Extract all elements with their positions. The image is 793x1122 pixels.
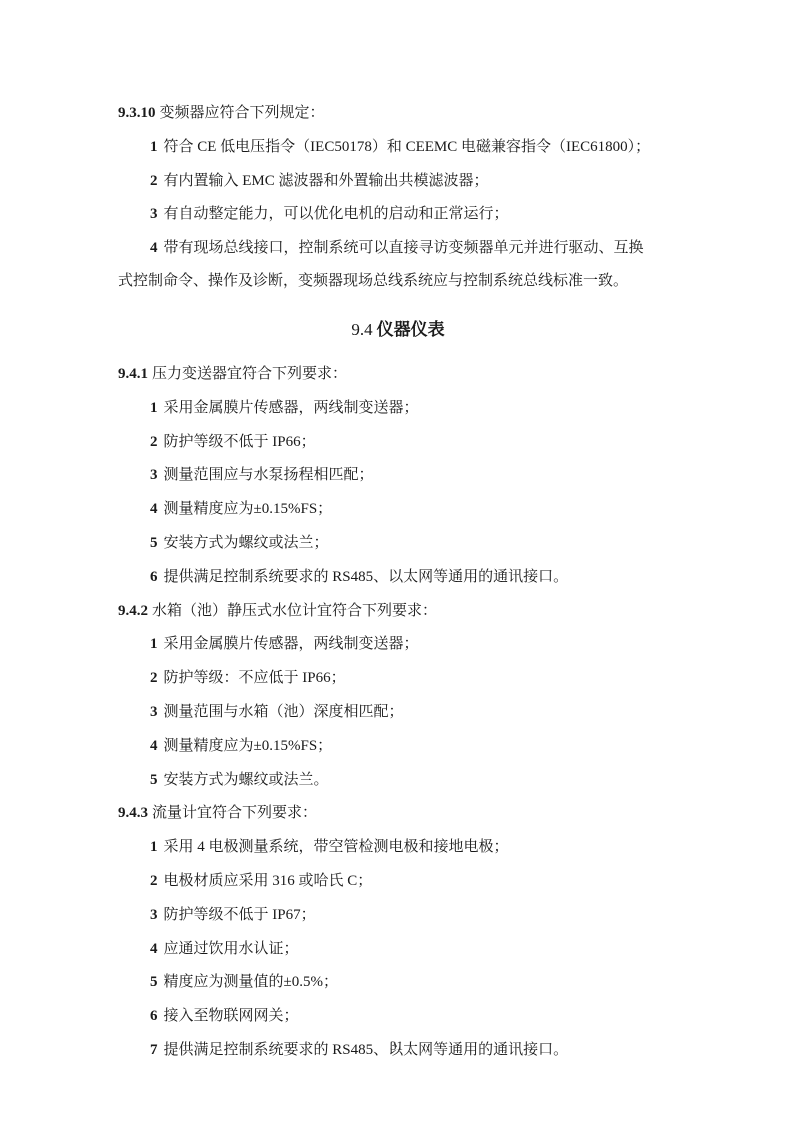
item-text: 防护等级：不应低于 IP66；: [164, 670, 346, 686]
clause-title: 流量计宜符合下列要求：: [152, 805, 317, 821]
clause-9-4-3: 9.4.3流量计宜符合下列要求：: [118, 797, 678, 831]
item-number: 3: [150, 467, 158, 483]
item-number: 2: [150, 873, 158, 889]
list-item-continuation: 式控制命令、操作及诊断，变频器现场总线系统应与控制系统总线标准一致。: [118, 266, 678, 296]
item-number: 2: [150, 670, 158, 686]
item-number: 4: [150, 501, 158, 517]
list-item: 2防护等级不低于 IP66；: [118, 426, 678, 460]
item-text: 有内置输入 EMC 滤波器和外置输出共模滤波器；: [164, 173, 489, 189]
item-text: 测量精度应为±0.15%FS；: [164, 501, 333, 517]
list-item: 1采用金属膜片传感器，两线制变送器；: [118, 628, 678, 662]
item-number: 5: [150, 535, 158, 551]
item-text: 采用 4 电极测量系统，带空管检测电极和接地电极；: [164, 839, 509, 855]
item-number: 4: [150, 738, 158, 754]
clause-number: 9.4.3: [118, 805, 148, 821]
item-number: 6: [150, 569, 158, 585]
list-item: 5安装方式为螺纹或法兰。: [118, 764, 678, 798]
item-text: 带有现场总线接口，控制系统可以直接寻访变频器单元并进行驱动、互换: [164, 240, 644, 256]
list-item: 5精度应为测量值的±0.5%；: [118, 966, 678, 1000]
list-item: 3测量范围应与水泵扬程相匹配；: [118, 459, 678, 493]
list-item: 6提供满足控制系统要求的 RS485、以太网等通用的通讯接口。: [118, 561, 678, 595]
item-text: 防护等级不低于 IP67；: [164, 907, 316, 923]
clause-9-4-2: 9.4.2水箱（池）静压式水位计宜符合下列要求：: [118, 595, 678, 629]
heading-title: 仪器仪表: [377, 320, 445, 339]
item-text: 测量精度应为±0.15%FS；: [164, 738, 333, 754]
clause-number: 9.3.10: [118, 105, 156, 121]
list-item: 4测量精度应为±0.15%FS；: [118, 493, 678, 527]
item-number: 4: [150, 941, 158, 957]
list-item: 4测量精度应为±0.15%FS；: [118, 730, 678, 764]
item-number: 1: [150, 839, 158, 855]
list-item: 3防护等级不低于 IP67；: [118, 899, 678, 933]
item-number: 1: [150, 139, 158, 155]
document-page: 9.3.10变频器应符合下列规定： 1符合 CE 低电压指令（IEC50178）…: [118, 97, 678, 1068]
item-number: 3: [150, 704, 158, 720]
clause-title: 变频器应符合下列规定：: [160, 105, 325, 121]
item-number: 3: [150, 907, 158, 923]
clause-title: 压力变送器宜符合下列要求：: [152, 366, 347, 382]
item-number: 1: [150, 636, 158, 652]
item-text: 接入至物联网网关；: [164, 1008, 299, 1024]
list-item: 6接入至物联网网关；: [118, 1000, 678, 1034]
item-text: 测量范围应与水泵扬程相匹配；: [164, 467, 374, 483]
section-heading: 9.4仪器仪表: [118, 302, 678, 358]
item-number: 1: [150, 400, 158, 416]
list-item: 5安装方式为螺纹或法兰；: [118, 527, 678, 561]
list-item: 1采用 4 电极测量系统，带空管检测电极和接地电极；: [118, 831, 678, 865]
item-number: 3: [150, 206, 158, 222]
item-number: 6: [150, 1008, 158, 1024]
list-item: 1符合 CE 低电压指令（IEC50178）和 CEEMC 电磁兼容指令（IEC…: [118, 131, 678, 165]
clause-number: 9.4.1: [118, 366, 148, 382]
item-text: 有自动整定能力，可以优化电机的启动和正常运行；: [164, 206, 509, 222]
item-number: 5: [150, 772, 158, 788]
list-item: 3测量范围与水箱（池）深度相匹配；: [118, 696, 678, 730]
item-text: 采用金属膜片传感器，两线制变送器；: [164, 636, 419, 652]
page-number: 31: [0, 1038, 793, 1054]
item-text: 提供满足控制系统要求的 RS485、以太网等通用的通讯接口。: [164, 569, 569, 585]
item-number: 5: [150, 974, 158, 990]
item-number: 4: [150, 240, 158, 256]
clause-9-3-10: 9.3.10变频器应符合下列规定：: [118, 97, 678, 131]
item-text: 安装方式为螺纹或法兰。: [164, 772, 329, 788]
item-text: 应通过饮用水认证；: [164, 941, 299, 957]
list-item: 3有自动整定能力，可以优化电机的启动和正常运行；: [118, 198, 678, 232]
item-text: 测量范围与水箱（池）深度相匹配；: [164, 704, 404, 720]
item-text: 防护等级不低于 IP66；: [164, 434, 316, 450]
item-text: 安装方式为螺纹或法兰；: [164, 535, 329, 551]
heading-number: 9.4: [351, 320, 372, 339]
list-item: 4带有现场总线接口，控制系统可以直接寻访变频器单元并进行驱动、互换: [118, 232, 678, 266]
list-item: 2有内置输入 EMC 滤波器和外置输出共模滤波器；: [118, 165, 678, 199]
list-item: 2防护等级：不应低于 IP66；: [118, 662, 678, 696]
list-item: 1采用金属膜片传感器，两线制变送器；: [118, 392, 678, 426]
item-text: 符合 CE 低电压指令（IEC50178）和 CEEMC 电磁兼容指令（IEC6…: [164, 139, 651, 155]
clause-9-4-1: 9.4.1压力变送器宜符合下列要求：: [118, 358, 678, 392]
clause-title: 水箱（池）静压式水位计宜符合下列要求：: [152, 603, 437, 619]
item-text: 电极材质应采用 316 或哈氏 C；: [164, 873, 373, 889]
item-number: 2: [150, 434, 158, 450]
list-item: 4应通过饮用水认证；: [118, 933, 678, 967]
item-number: 2: [150, 173, 158, 189]
item-text: 采用金属膜片传感器，两线制变送器；: [164, 400, 419, 416]
list-item: 2电极材质应采用 316 或哈氏 C；: [118, 865, 678, 899]
item-text: 精度应为测量值的±0.5%；: [164, 974, 338, 990]
clause-number: 9.4.2: [118, 603, 148, 619]
